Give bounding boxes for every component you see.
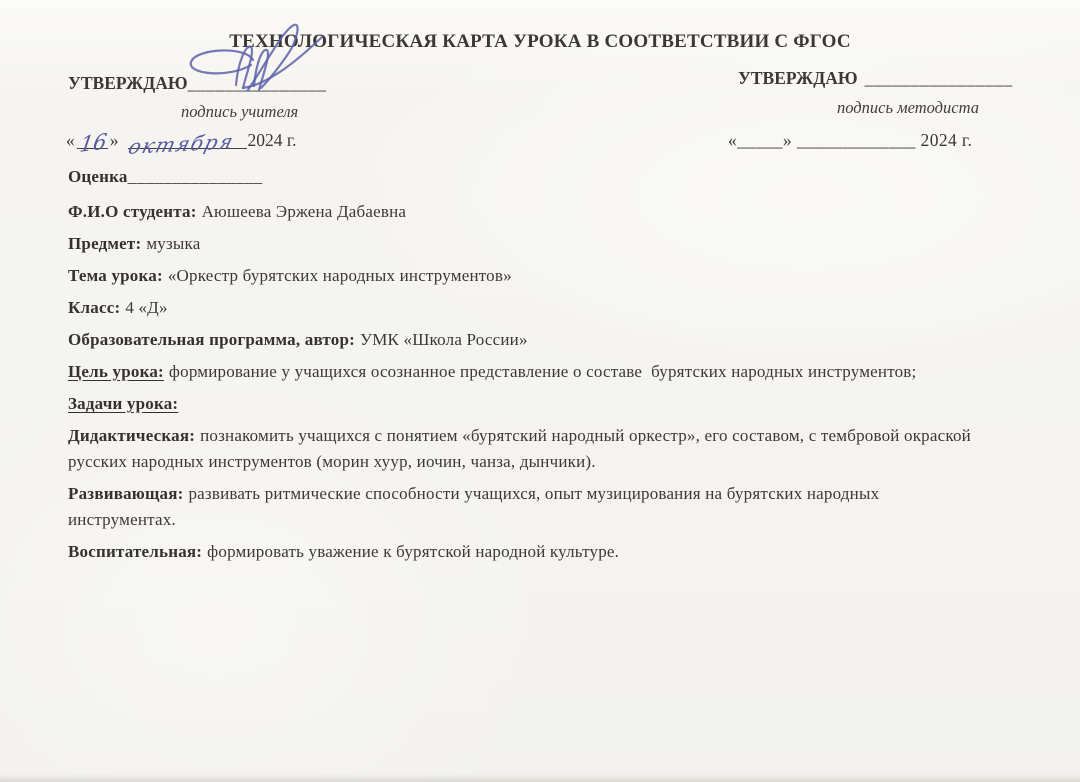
signature-caption-methodist: подпись методиста <box>837 98 979 118</box>
field-subject: Предмет:музыка <box>68 231 1074 257</box>
date-close-quote: » <box>110 130 119 150</box>
student-name-value: Аюшеева Эржена Дабаевна <box>202 202 407 221</box>
lesson-goal-row: Цель урока:формирование у учащихся осозн… <box>68 359 1074 385</box>
approval-block-methodist: УТВЕРЖДАЮ________________ <box>738 68 1013 89</box>
lesson-topic-label: Тема урока: <box>68 266 163 285</box>
class-label: Класс: <box>68 298 120 317</box>
objective-educational-label: Воспитательная: <box>68 542 202 561</box>
signature-ascender-stroke <box>248 25 298 90</box>
teacher-signature-scribble <box>158 20 330 108</box>
lesson-goal-label: Цель урока: <box>68 362 164 381</box>
approve-methodist-signature-line: ________________ <box>865 68 1013 88</box>
objective-didactic: Дидактическая:познакомить учащихся с пон… <box>68 423 1074 475</box>
date-year-teacher: 2024 г. <box>248 130 297 150</box>
field-class: Класс:4 «Д» <box>68 295 1074 321</box>
program-value: УМК «Школа России» <box>360 330 528 349</box>
scanned-document-page: ТЕХНОЛОГИЧЕСКАЯ КАРТА УРОКА В СООТВЕТСТВ… <box>0 0 1080 782</box>
date-month-blank: октября <box>128 131 247 149</box>
student-name-label: Ф.И.О студента: <box>68 202 197 221</box>
field-program: Образовательная программа, автор:УМК «Шк… <box>68 327 1074 353</box>
objective-developing: Развивающая:развивать ритмические способ… <box>68 481 1074 533</box>
handwritten-day: 16 <box>78 129 108 157</box>
lesson-topic-value: «Оркестр бурятских народных инструментов… <box>168 266 512 285</box>
objective-educational-value: формировать уважение к бурятской народно… <box>207 542 619 561</box>
subject-label: Предмет: <box>68 234 141 253</box>
field-lesson-topic: Тема урока:«Оркестр бурятских народных и… <box>68 263 1074 289</box>
lesson-goal-value: формирование у учащихся осознанное предс… <box>169 362 917 381</box>
objective-developing-label: Развивающая: <box>68 484 183 503</box>
grade-row: Оценка_______________ <box>68 164 1074 190</box>
subject-value: музыка <box>146 234 200 253</box>
objective-developing-value: развивать ритмические способности учащих… <box>68 484 879 529</box>
date-open-quote: « <box>66 130 75 150</box>
date-line-methodist: «_____» _____________ 2024 г. <box>728 130 972 151</box>
grade-label: Оценка <box>68 167 128 186</box>
objective-educational: Воспитательная:формировать уважение к бу… <box>68 539 1074 565</box>
date-day-blank: 16 <box>77 131 108 149</box>
lesson-tasks-label: Задачи урока: <box>68 394 178 413</box>
objective-didactic-label: Дидактическая: <box>68 426 195 445</box>
class-value: 4 «Д» <box>125 298 167 317</box>
program-label: Образовательная программа, автор: <box>68 330 355 349</box>
date-line-teacher: «16»октября2024 г. <box>66 130 296 151</box>
approve-methodist-label: УТВЕРЖДАЮ <box>738 68 858 88</box>
document-body: Оценка_______________ Ф.И.О студента:Аюш… <box>68 164 1074 571</box>
objective-didactic-value: познакомить учащихся с понятием «бурятск… <box>68 426 971 471</box>
field-student-name: Ф.И.О студента:Аюшеева Эржена Дабаевна <box>68 199 1074 225</box>
signature-caption-teacher: подпись учителя <box>181 102 298 122</box>
handwritten-month: октября <box>125 129 236 159</box>
grade-blank-line: _______________ <box>128 167 263 186</box>
lesson-tasks-heading: Задачи урока: <box>68 391 1074 417</box>
